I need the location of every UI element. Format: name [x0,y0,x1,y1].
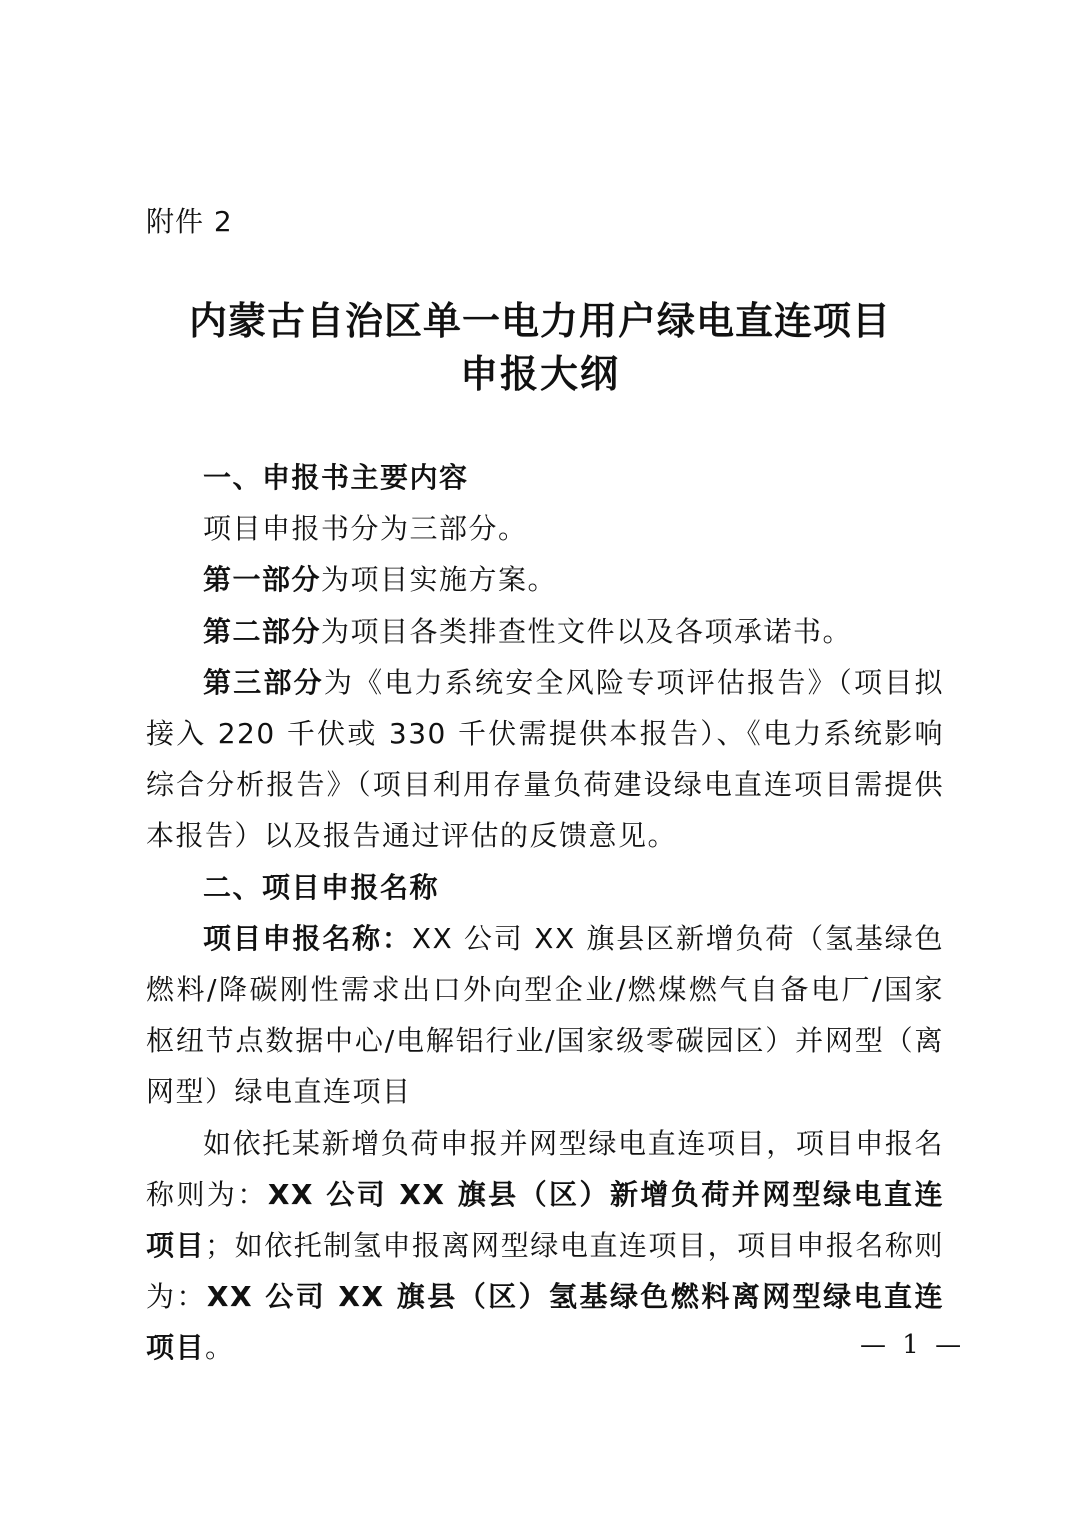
project-name-paragraph: 项目申报名称：XX 公司 XX 旗县区新增负荷（氢基绿色燃料/降碳刚性需求出口外… [146,913,944,1118]
example1-suffix: ； [205,1229,235,1262]
part1-label: 第一部分 [203,563,321,596]
part2-paragraph: 第二部分为项目各类排查性文件以及各项承诺书。 [146,606,944,657]
document-page: 附件 2 内蒙古自治区单一电力用户绿电直连项目 申报大纲 一、申报书主要内容 项… [0,0,1080,1527]
part3-paragraph: 第三部分为《电力系统安全风险专项评估报告》（项目拟接入 220 千伏或 330 … [146,657,944,862]
part1-text: 为项目实施方案。 [321,563,557,596]
document-body: 一、申报书主要内容 项目申报书分为三部分。 第一部分为项目实施方案。 第二部分为… [146,452,944,1374]
section1-intro: 项目申报书分为三部分。 [146,503,944,554]
part1-paragraph: 第一部分为项目实施方案。 [146,554,944,605]
part3-label: 第三部分 [203,666,324,699]
part2-text: 为项目各类排查性文件以及各项承诺书。 [321,615,852,648]
example2-suffix: 。 [205,1331,235,1364]
part2-label: 第二部分 [203,615,321,648]
page-number: — 1 — [860,1330,965,1360]
document-title-line2: 申报大纲 [0,348,1080,400]
attachment-label: 附件 2 [146,200,233,240]
document-title-line1: 内蒙古自治区单一电力用户绿电直连项目 [0,295,1080,347]
section1-heading: 一、申报书主要内容 [146,452,944,503]
section2-heading: 二、项目申报名称 [146,862,944,913]
example2-name: XX 公司 XX 旗县（区）氢基绿色燃料离网型绿电直连项目 [146,1280,944,1364]
example-paragraph: 如依托某新增负荷申报并网型绿电直连项目，项目申报名称则为：XX 公司 XX 旗县… [146,1118,944,1374]
project-name-label: 项目申报名称： [203,922,412,955]
